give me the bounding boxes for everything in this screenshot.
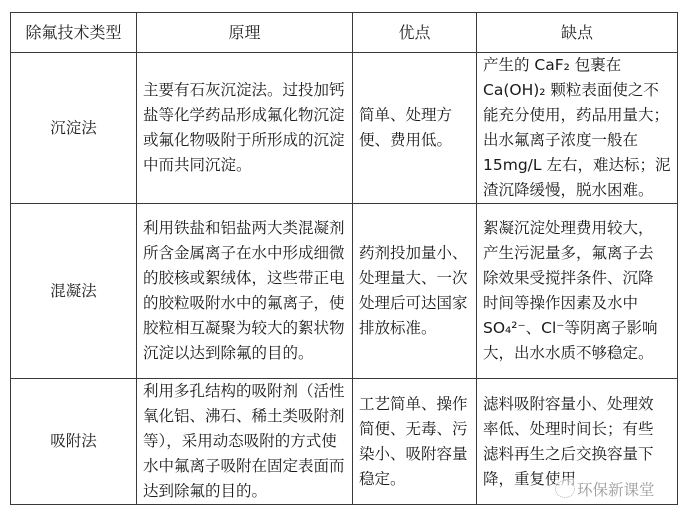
row-type: 沉淀法 [11,53,137,204]
row-pros: 工艺简单、操作简便、无毒、污染小、吸附容量稳定。 [353,379,477,505]
cons-line: 大，出水水质不够稳定。 [483,341,671,366]
table-row: 沉淀法 主要有石灰沉淀法。过投加钙盐等化学药品形成氟化物沉淀或氟化物吸附于所形成… [11,53,678,204]
row-pros: 简单、处理方便、费用低。 [353,53,477,204]
row-principle: 利用铁盐和铝盐两大类混凝剂所含金属离子在水中形成细微的胶核或絮绒体，这些带正电的… [137,204,353,379]
header-row: 除氟技术类型 原理 优点 缺点 [11,13,678,53]
cons-line: 时间等操作因素及水中 [483,291,671,316]
cons-line: 产生污泥量多，氟离子去 [483,241,671,266]
cons-line: 渣沉降缓慢，脱水困难。 [483,178,671,203]
row-principle: 利用多孔结构的吸附剂（活性氧化铝、沸石、稀土类吸附剂等），采用动态吸附的方式使水… [137,379,353,505]
cons-line: 率低、处理时间长；有些 [483,417,671,442]
cons-line: 滤料再生之后交换容量下 [483,442,671,467]
row-type: 混凝法 [11,204,137,379]
row-cons: 絮凝沉淀处理费用较大， 产生污泥量多，氟离子去 除效果受搅拌条件、沉降 时间等操… [477,204,678,379]
fluoride-removal-comparison-table: 除氟技术类型 原理 优点 缺点 沉淀法 主要有石灰沉淀法。过投加钙盐等化学药品形… [10,12,678,505]
row-pros: 药剂投加量小、处理量大、一次处理后可达国家排放标准。 [353,204,477,379]
header-pros: 优点 [353,13,477,53]
header-principle: 原理 [137,13,353,53]
cons-line: 产生的 CaF₂ 包裹在 [483,53,671,78]
table-row: 混凝法 利用铁盐和铝盐两大类混凝剂所含金属离子在水中形成细微的胶核或絮绒体，这些… [11,204,678,379]
row-cons: 产生的 CaF₂ 包裹在 Ca(OH)₂ 颗粒表面使之不 能充分使用，药品用量大… [477,53,678,204]
row-principle: 主要有石灰沉淀法。过投加钙盐等化学药品形成氟化物沉淀或氟化物吸附于所形成的沉淀中… [137,53,353,204]
wechat-icon [555,480,575,498]
row-type: 吸附法 [11,379,137,505]
cons-line: 除效果受搅拌条件、沉降 [483,266,671,291]
cons-line: 出水氟离子浓度一般在 [483,128,671,153]
cons-line: 絮凝沉淀处理费用较大， [483,216,671,241]
cons-line: 滤料吸附容量小、处理效 [483,392,671,417]
cons-line: 能充分使用，药品用量大； [483,103,671,128]
header-cons: 缺点 [477,13,678,53]
cons-line: 15mg/L 左右，难达标；泥 [483,153,671,178]
cons-line: Ca(OH)₂ 颗粒表面使之不 [483,78,671,103]
watermark-text: 环保新课堂 [577,478,655,500]
cons-line: SO₄²⁻、Cl⁻等阴离子影响 [483,316,671,341]
header-type: 除氟技术类型 [11,13,137,53]
watermark: 环保新课堂 [555,478,655,500]
